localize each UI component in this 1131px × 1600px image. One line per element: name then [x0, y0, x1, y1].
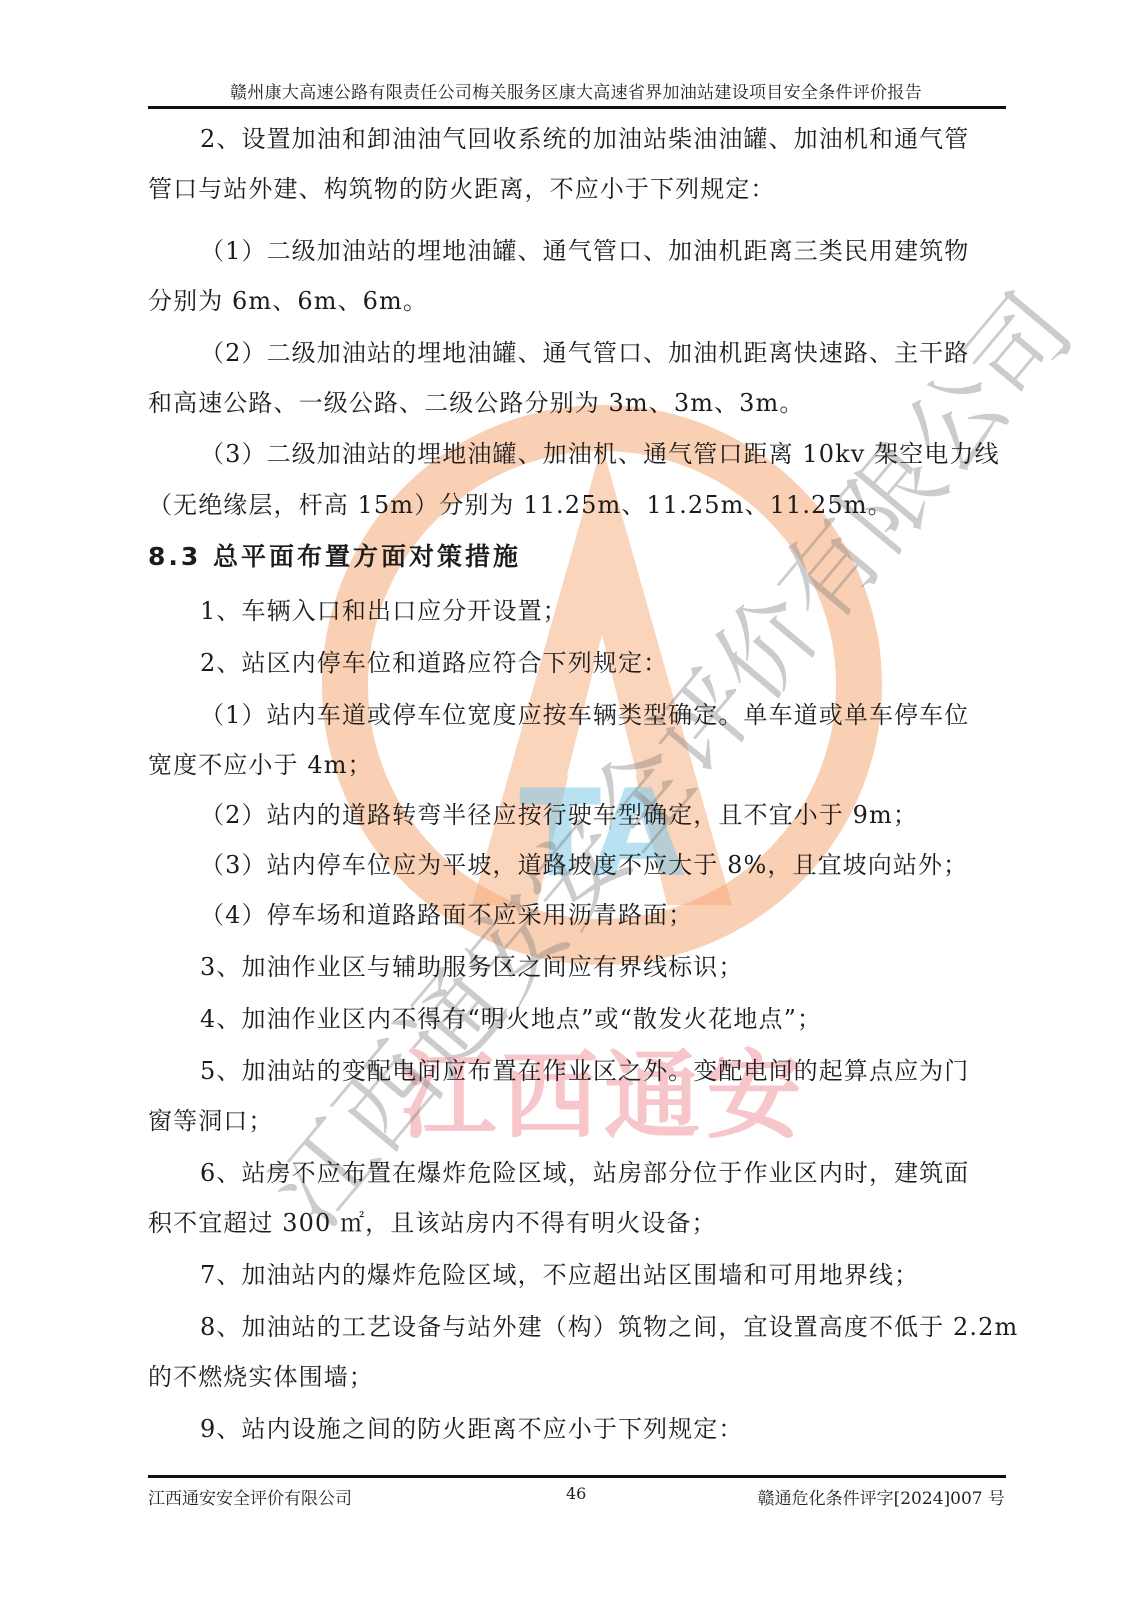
list-item: （3）站内停车位应为平坡，道路坡度不应大于 8%，且宜坡向站外；	[200, 850, 968, 880]
paragraph-line: （1）二级加油站的埋地油罐、通气管口、加油机距离三类民用建筑物	[200, 236, 969, 266]
list-item: 3、加油作业区与辅助服务区之间应有界线标识；	[200, 952, 743, 982]
paragraph-line: 2、设置加油和卸油油气回收系统的加油站柴油油罐、加油机和通气管	[200, 124, 969, 154]
list-item: 5、加油站的变配电间应布置在作业区之外。变配电间的起算点应为门	[200, 1056, 969, 1086]
list-item: 4、加油作业区内不得有“明火地点”或“散发火花地点”；	[200, 1004, 822, 1034]
paragraph-line: （2）二级加油站的埋地油罐、通气管口、加油机距离快速路、主干路	[200, 338, 969, 368]
list-item: 9、站内设施之间的防火距离不应小于下列规定：	[200, 1414, 743, 1444]
header-rule	[148, 106, 1006, 109]
running-header-title: 赣州康大高速公路有限责任公司梅关服务区康大高速省界加油站建设项目安全条件评价报告	[148, 78, 1004, 103]
paragraph-line: 管口与站外建、构筑物的防火距离，不应小于下列规定：	[148, 174, 776, 204]
list-item: 积不宜超过 300 ㎡，且该站房内不得有明火设备；	[148, 1208, 717, 1238]
list-item: （1）站内车道或停车位宽度应按车辆类型确定。单车道或单车停车位	[200, 700, 969, 730]
paragraph-line: 和高速公路、一级公路、二级公路分别为 3m、3m、3m。	[148, 388, 805, 418]
list-item: 的不燃烧实体围墙；	[148, 1362, 374, 1392]
list-item: （2）站内的道路转弯半径应按行驶车型确定，且不宜小于 9m；	[200, 800, 918, 830]
paragraph-line: （3）二级加油站的埋地油罐、加油机、通气管口距离 10kv 架空电力线	[200, 439, 1000, 469]
list-item: 窗等洞口；	[148, 1106, 274, 1136]
page-number: 46	[566, 1484, 586, 1503]
paragraph-line: （无绝缘层，杆高 15m）分别为 11.25m、11.25m、11.25m。	[148, 490, 893, 520]
list-item: （4）停车场和道路路面不应采用沥青路面；	[200, 900, 693, 930]
watermark-red-text: 江西通安	[400, 1020, 808, 1157]
document-page: TA 江西通安 江西通安安全评价有限公司 赣州康大高速公路有限责任公司梅关服务区…	[0, 0, 1131, 1600]
footer-rule	[148, 1475, 1006, 1478]
list-item: 8、加油站的工艺设备与站外建（构）筑物之间，宜设置高度不低于 2.2m	[200, 1312, 1018, 1342]
paragraph-line: 分别为 6m、6m、6m。	[148, 286, 428, 316]
watermark-logo-circle	[322, 405, 882, 965]
footer-doc-number: 赣通危化条件评字[2024]007 号	[758, 1484, 1005, 1509]
watermark-logo-a-icon: TA	[322, 405, 882, 965]
list-item: 1、车辆入口和出口应分开设置；	[200, 596, 568, 626]
section-heading: 8.3 总平面布置方面对策措施	[148, 542, 521, 572]
watermark-ta-letters: TA	[519, 765, 685, 904]
footer-company: 江西通安安全评价有限公司	[148, 1484, 352, 1509]
list-item: 7、加油站内的爆炸危险区域，不应超出站区围墙和可用地界线；	[200, 1260, 919, 1290]
list-item: 2、站区内停车位和道路应符合下列规定：	[200, 648, 668, 678]
list-item: 6、站房不应布置在爆炸危险区域，站房部分位于作业区内时，建筑面	[200, 1158, 969, 1188]
list-item: 宽度不应小于 4m；	[148, 750, 373, 780]
